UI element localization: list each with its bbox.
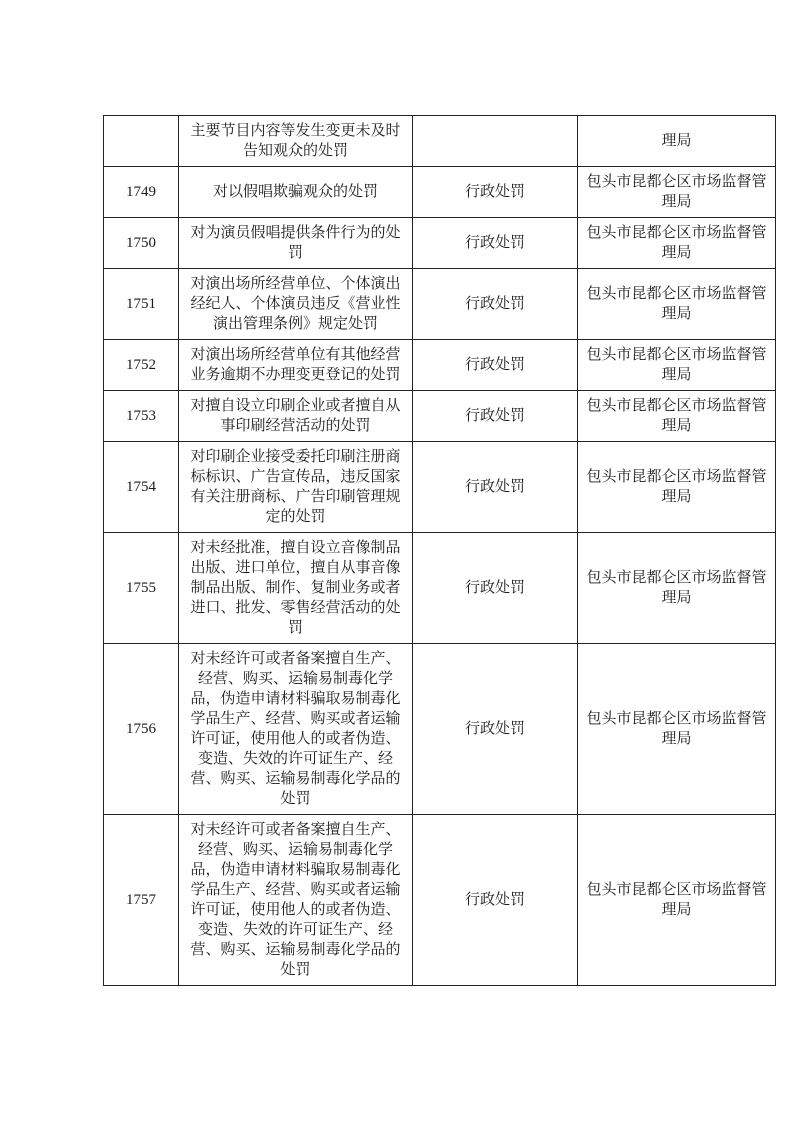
row-number-cell: 1754 [104, 442, 179, 533]
penalty-items-table: 主要节目内容等发生变更未及时告知观众的处罚 理局 1749 对以假唱欺骗观众的处… [103, 115, 776, 986]
table-row: 1754 对印刷企业接受委托印刷注册商标标识、广告宣传品，违反国家有关注册商标、… [104, 442, 776, 533]
row-type-cell: 行政处罚 [413, 442, 578, 533]
table-row: 1752 对演出场所经营单位有其他经营业务逾期不办理变更登记的处罚 行政处罚 包… [104, 340, 776, 391]
row-item-cell: 主要节目内容等发生变更未及时告知观众的处罚 [179, 116, 413, 167]
table-row: 1750 对为演员假唱提供条件行为的处罚 行政处罚 包头市昆都仑区市场监督管理局 [104, 218, 776, 269]
row-agency-cell: 理局 [578, 116, 776, 167]
row-number-cell: 1755 [104, 533, 179, 644]
page: { "document": { "table": { "rows": [ { "… [0, 0, 793, 1122]
row-item-cell: 对以假唱欺骗观众的处罚 [179, 167, 413, 218]
row-agency-cell: 包头市昆都仑区市场监督管理局 [578, 167, 776, 218]
row-agency-cell: 包头市昆都仑区市场监督管理局 [578, 644, 776, 815]
row-agency-cell: 包头市昆都仑区市场监督管理局 [578, 269, 776, 340]
row-type-cell: 行政处罚 [413, 167, 578, 218]
row-agency-cell: 包头市昆都仑区市场监督管理局 [578, 442, 776, 533]
row-type-cell: 行政处罚 [413, 533, 578, 644]
row-type-cell: 行政处罚 [413, 644, 578, 815]
row-number-cell [104, 116, 179, 167]
table-row: 1753 对擅自设立印刷企业或者擅自从事印刷经营活动的处罚 行政处罚 包头市昆都… [104, 391, 776, 442]
row-item-cell: 对演出场所经营单位、个体演出经纪人、个体演员违反《营业性演出管理条例》规定处罚 [179, 269, 413, 340]
row-agency-cell: 包头市昆都仑区市场监督管理局 [578, 533, 776, 644]
row-number-cell: 1751 [104, 269, 179, 340]
table-row: 1757 对未经许可或者备案擅自生产、经营、购买、运输易制毒化学品，伪造申请材料… [104, 815, 776, 986]
row-number-cell: 1749 [104, 167, 179, 218]
row-type-cell: 行政处罚 [413, 340, 578, 391]
row-item-cell: 对为演员假唱提供条件行为的处罚 [179, 218, 413, 269]
row-type-cell: 行政处罚 [413, 269, 578, 340]
table-row: 1749 对以假唱欺骗观众的处罚 行政处罚 包头市昆都仑区市场监督管理局 [104, 167, 776, 218]
table-row: 主要节目内容等发生变更未及时告知观众的处罚 理局 [104, 116, 776, 167]
row-item-cell: 对未经批准，擅自设立音像制品出版、进口单位，擅自从事音像制品出版、制作、复制业务… [179, 533, 413, 644]
table-row: 1751 对演出场所经营单位、个体演出经纪人、个体演员违反《营业性演出管理条例》… [104, 269, 776, 340]
row-number-cell: 1756 [104, 644, 179, 815]
table-row: 1756 对未经许可或者备案擅自生产、经营、购买、运输易制毒化学品，伪造申请材料… [104, 644, 776, 815]
row-item-cell: 对印刷企业接受委托印刷注册商标标识、广告宣传品，违反国家有关注册商标、广告印刷管… [179, 442, 413, 533]
row-type-cell: 行政处罚 [413, 218, 578, 269]
table-row: 1755 对未经批准，擅自设立音像制品出版、进口单位，擅自从事音像制品出版、制作… [104, 533, 776, 644]
row-agency-cell: 包头市昆都仑区市场监督管理局 [578, 218, 776, 269]
row-number-cell: 1750 [104, 218, 179, 269]
row-number-cell: 1752 [104, 340, 179, 391]
row-type-cell [413, 116, 578, 167]
row-type-cell: 行政处罚 [413, 391, 578, 442]
row-agency-cell: 包头市昆都仑区市场监督管理局 [578, 391, 776, 442]
row-number-cell: 1757 [104, 815, 179, 986]
row-item-cell: 对未经许可或者备案擅自生产、经营、购买、运输易制毒化学品，伪造申请材料骗取易制毒… [179, 815, 413, 986]
row-item-cell: 对未经许可或者备案擅自生产、经营、购买、运输易制毒化学品，伪造申请材料骗取易制毒… [179, 644, 413, 815]
row-agency-cell: 包头市昆都仑区市场监督管理局 [578, 815, 776, 986]
row-item-cell: 对演出场所经营单位有其他经营业务逾期不办理变更登记的处罚 [179, 340, 413, 391]
row-type-cell: 行政处罚 [413, 815, 578, 986]
row-agency-cell: 包头市昆都仑区市场监督管理局 [578, 340, 776, 391]
row-number-cell: 1753 [104, 391, 179, 442]
row-item-cell: 对擅自设立印刷企业或者擅自从事印刷经营活动的处罚 [179, 391, 413, 442]
